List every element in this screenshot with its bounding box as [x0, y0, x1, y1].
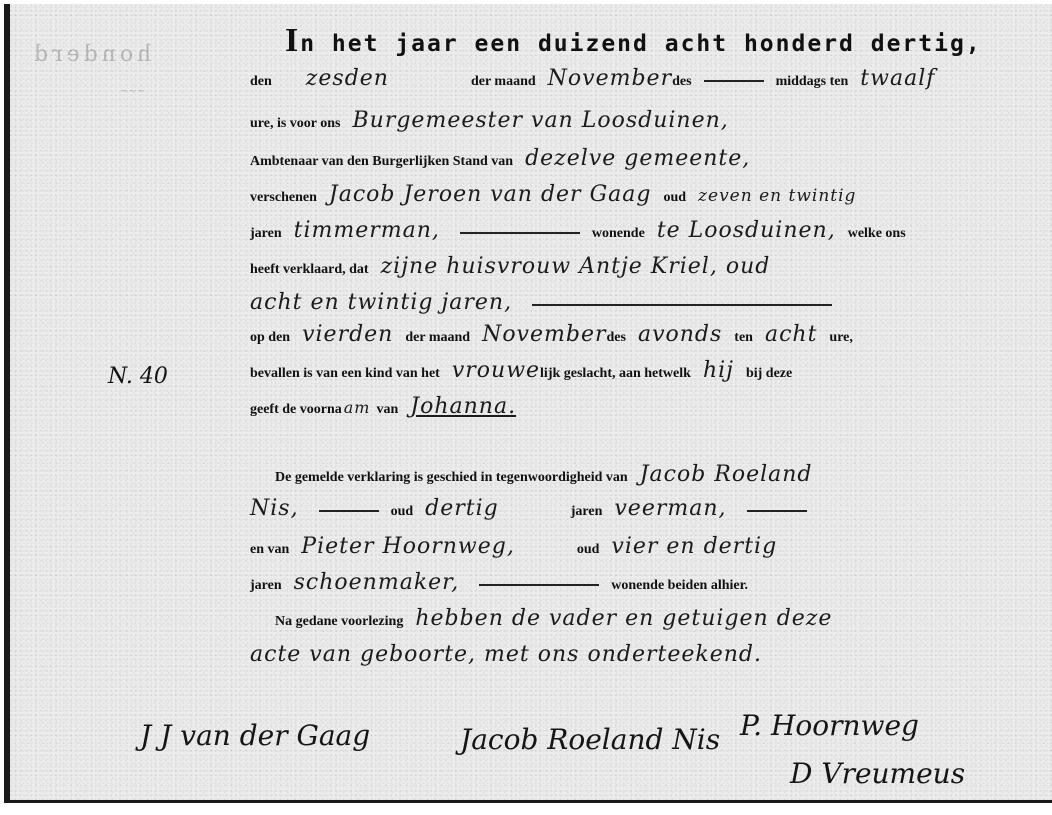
handwritten-witness1-age: dertig: [417, 496, 507, 521]
line-witness2-occupation: jaren schoenmaker, wonende beiden alhier…: [250, 570, 1032, 595]
handwritten-birth-hour: acht: [757, 322, 825, 347]
line-reading: Na gedane voorlezing hebben de vader en …: [275, 606, 1032, 631]
line-civil-registry: Ambtenaar van den Burgerlijken Stand van…: [250, 146, 1032, 171]
handwritten-he: hij: [695, 358, 742, 383]
line-declared: heeft verklaard, dat zijne huisvrouw Ant…: [250, 254, 1032, 279]
handwritten-father-age: zeven en twintig: [690, 186, 864, 206]
signatures: J J van der Gaag Jacob Roeland Nis P. Ho…: [140, 709, 1020, 799]
handwritten-signing-clause: hebben de vader en getuigen deze: [407, 606, 840, 631]
handwritten-month: November: [540, 66, 672, 91]
handwritten-father-occupation: timmerman,: [286, 218, 448, 243]
line-child-name: geeft de voornaam van Johanna.: [250, 394, 1032, 419]
line-witness2: en van Pieter Hoornweg, oud vier en dert…: [250, 534, 1032, 559]
signature-witness1: Jacob Roeland Nis: [460, 723, 720, 756]
handwritten-witness2-age: vier en dertig: [603, 534, 785, 559]
printed-heading: IIn het jaar een duizend acht honderdn h…: [285, 31, 871, 57]
line-birth-date: op den vierden der maand Novemberdes avo…: [250, 322, 1032, 347]
line-heading: IIn het jaar een duizend acht honderdn h…: [285, 22, 1032, 60]
handwritten-mother-age: acht en twintig jaren,: [250, 290, 520, 315]
handwritten-witness2-occupation: schoenmaker,: [286, 570, 468, 595]
handwritten-day: zesden: [298, 66, 397, 91]
printed-year: dertig,: [871, 31, 982, 57]
line-official: ure, is voor ons Burgemeester van Loosdu…: [250, 108, 1032, 133]
line-child-sex: bevallen is van een kind van het vrouwel…: [250, 358, 1032, 383]
handwritten-residence: te Loosduinen,: [649, 218, 844, 243]
handwritten-witness2-name: Pieter Hoornweg,: [293, 534, 523, 559]
handwritten-witness1-occupation: veerman,: [606, 496, 734, 521]
handwritten-father-name: Jacob Jeroen van der Gaag: [321, 182, 660, 207]
line-witnesses-intro: De gemelde verklaring is geschied in teg…: [275, 462, 1032, 487]
handwritten-time-of-day: avonds: [630, 322, 730, 347]
handwritten-birth-month: November: [474, 322, 606, 347]
handwritten-witness1-surname: Nis,: [250, 496, 307, 521]
bleedthrough-faint: ~~~: [120, 86, 145, 97]
line-mother-age: acht en twintig jaren,: [250, 290, 1032, 315]
handwritten-mother: zijne huisvrouw Antje Kriel, oud: [373, 254, 779, 279]
handwritten-sex: vrouwe: [444, 358, 540, 383]
line-occupation: jaren timmerman, wonende te Loosduinen, …: [250, 218, 1032, 243]
line-date: den zesden der maand Novemberdes middags…: [250, 66, 1032, 91]
handwritten-municipality: dezelve gemeente,: [517, 146, 758, 171]
line-witness1: Nis, oud dertig jaren veerman,: [250, 496, 1032, 521]
record-number: N. 40: [108, 364, 168, 389]
handwritten-official: Burgemeester van Loosduinen,: [345, 108, 737, 133]
line-closing: acte van geboorte, met ons onderteekend.: [250, 642, 1032, 667]
certificate-page: honderd ~~~ N. 40 IIn het jaar een duize…: [4, 4, 1052, 803]
handwritten-child-name: Johanna.: [402, 394, 524, 419]
bleedthrough-text: honderd: [30, 42, 151, 67]
handwritten-closing: acte van geboorte, met ons onderteekend.: [250, 642, 770, 667]
signature-father: J J van der Gaag: [140, 719, 370, 752]
handwritten-witness1-name: Jacob Roeland: [632, 462, 821, 487]
line-declarant: verschenen Jacob Jeroen van der Gaag oud…: [250, 182, 1032, 207]
handwritten-birth-day: vierden: [294, 322, 401, 347]
signature-witness2: P. Hoornweg: [740, 709, 919, 742]
signature-official: D Vreumeus: [790, 757, 965, 790]
handwritten-hour: twaalf: [852, 66, 943, 91]
